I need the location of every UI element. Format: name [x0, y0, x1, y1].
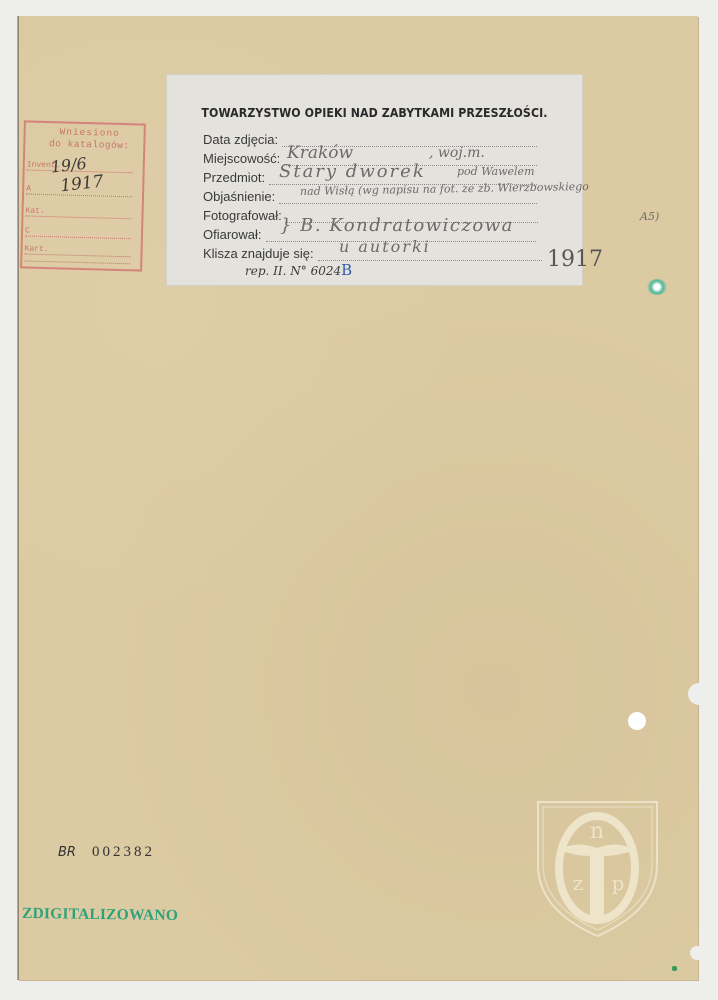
handwritten-subject: Stary dworek	[279, 161, 426, 182]
handwritten-subject-extra: pod Wawelem	[457, 165, 535, 178]
inventory-note: rep. II. N° 6024B	[245, 261, 352, 279]
torn-hole-green	[646, 279, 668, 295]
handwritten-voivodeship: , woj.m.	[429, 145, 485, 161]
handwritten-description-extra: A5)	[640, 210, 659, 223]
svg-text:z: z	[573, 871, 584, 895]
stamp-line: Kat.	[25, 207, 131, 220]
handwritten-donor: } B. Kondratowiczowa	[280, 215, 514, 236]
card-title: TOWARZYSTWO OPIEKI NAD ZABYTKAMI PRZESZŁ…	[192, 105, 557, 120]
society-watermark-icon: n z p	[530, 790, 665, 940]
stamp-line	[24, 260, 130, 264]
digitized-stamp: ZDIGITALIZOWANO	[22, 905, 178, 925]
svg-text:p: p	[612, 871, 625, 895]
handwritten-negative-location: u autorki	[339, 237, 431, 256]
label-card: TOWARZYSTWO OPIEKI NAD ZABYTKAMI PRZESZŁ…	[167, 75, 582, 285]
catalog-entry-stamp: Wniesiono do katalogów: Invent. A Kat. C…	[20, 120, 146, 271]
edge-notch	[688, 683, 700, 705]
catalog-number: 002382	[92, 844, 155, 861]
svg-text:n: n	[590, 819, 604, 844]
catalog-prefix: BR	[58, 845, 76, 860]
stamp-line: Kart.	[24, 244, 130, 257]
handwritten-location: Kraków	[287, 143, 353, 163]
stamp-title: Wniesiono do katalogów:	[39, 126, 140, 153]
edge-notch	[690, 946, 702, 960]
page-edge	[18, 16, 19, 980]
green-speck	[672, 966, 677, 971]
punch-hole	[628, 712, 646, 730]
handwritten-year: 1917	[547, 247, 603, 272]
field-photo-date: Data zdjęcia:	[203, 132, 537, 147]
stamp-line: C	[25, 226, 131, 239]
inventory-suffix: B	[341, 261, 352, 279]
